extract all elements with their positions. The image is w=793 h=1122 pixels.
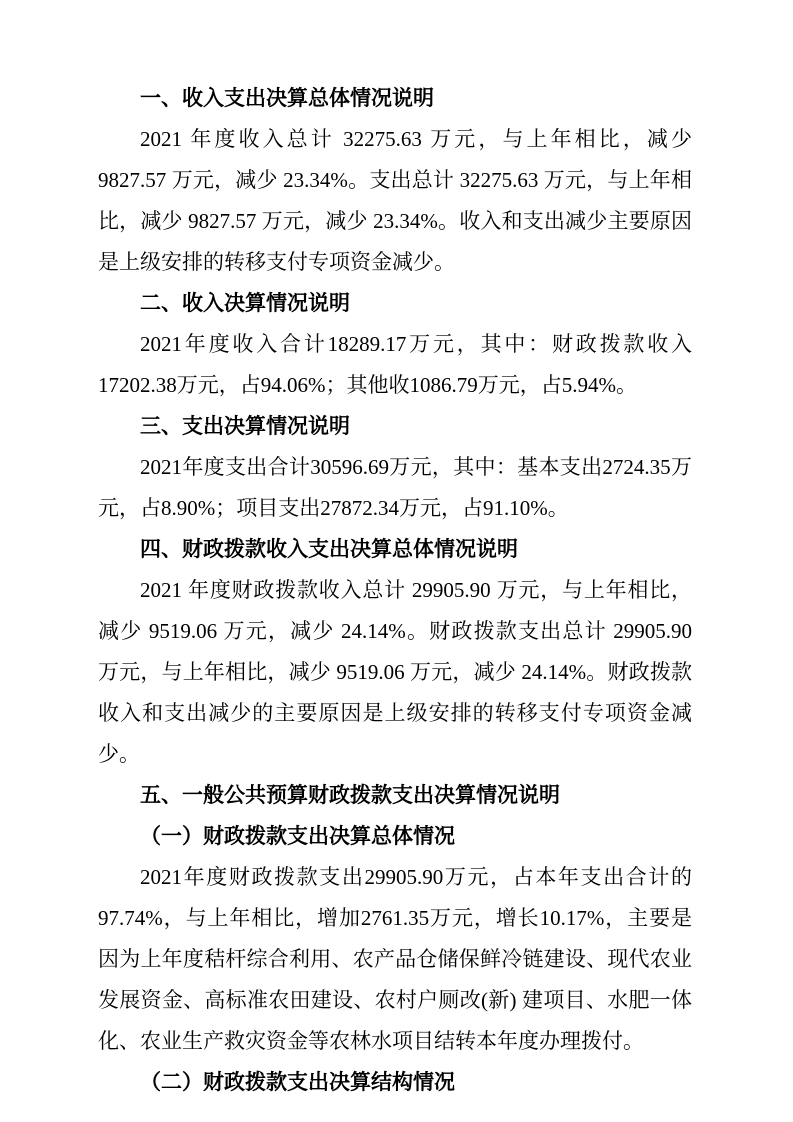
section-5-sub-2-heading: （二）财政拨款支出决算结构情况 xyxy=(98,1062,692,1103)
section-5-sub-1-paragraph: 2021年度财政拨款支出29905.90万元，占本年支出合计的97.74%，与上… xyxy=(98,857,692,1062)
section-2-paragraph: 2021年度收入合计18289.17万元，其中：财政拨款收入17202.38万元… xyxy=(98,324,692,406)
section-2-heading: 二、收入决算情况说明 xyxy=(98,283,692,324)
document-page: 一、收入支出决算总体情况说明 2021 年度收入总计 32275.63 万元，与… xyxy=(0,0,793,1122)
section-1-paragraph: 2021 年度收入总计 32275.63 万元，与上年相比，减少 9827.57… xyxy=(98,119,692,283)
section-1-heading: 一、收入支出决算总体情况说明 xyxy=(98,78,692,119)
section-3-heading: 三、支出决算情况说明 xyxy=(98,406,692,447)
section-4-heading: 四、财政拨款收入支出决算总体情况说明 xyxy=(98,529,692,570)
section-5-heading: 五、一般公共预算财政拨款支出决算情况说明 xyxy=(98,775,692,816)
section-3-paragraph: 2021年度支出合计30596.69万元，其中：基本支出2724.35万元，占8… xyxy=(98,447,692,529)
section-4-paragraph: 2021 年度财政拨款收入总计 29905.90 万元，与上年相比，减少 951… xyxy=(98,570,692,775)
document-content: 一、收入支出决算总体情况说明 2021 年度收入总计 32275.63 万元，与… xyxy=(98,78,692,1103)
section-5-sub-1-heading: （一）财政拨款支出决算总体情况 xyxy=(98,816,692,857)
